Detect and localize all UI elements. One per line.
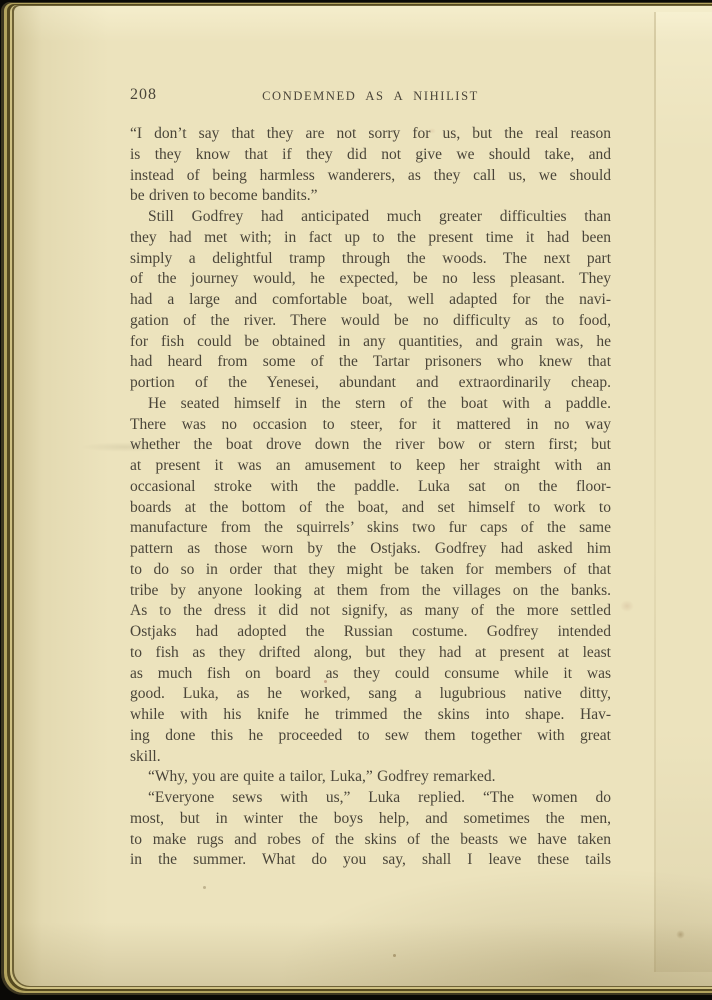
text-line: be driven to become bandits.” bbox=[130, 186, 611, 207]
text-line: to make rugs and robes of the skins of t… bbox=[130, 830, 611, 851]
foxing-spot bbox=[620, 600, 634, 612]
text-line: “I don’t say that they are not sorry for… bbox=[130, 124, 611, 145]
page-content: 208 CONDEMNED AS A NIHILIST “I don’t say… bbox=[130, 86, 611, 871]
text-line: pattern as those worn by the Ostjaks. Go… bbox=[130, 539, 611, 560]
text-line: as much fish on board as they could cons… bbox=[130, 664, 611, 685]
text-line: Still Godfrey had anticipated much great… bbox=[130, 207, 611, 228]
text-line: of the journey would, he expected, be no… bbox=[130, 269, 611, 290]
body-text: “I don’t say that they are not sorry for… bbox=[130, 124, 611, 871]
text-line: is they know that if they did not give w… bbox=[130, 145, 611, 166]
text-line: There was no occasion to steer, for it m… bbox=[130, 415, 611, 436]
paragraph: “Everyone sews with us,” Luka replied. “… bbox=[130, 788, 611, 871]
text-line: they had met with; in fact up to the pre… bbox=[130, 228, 611, 249]
text-line: “Everyone sews with us,” Luka replied. “… bbox=[130, 788, 611, 809]
text-line: As to the dress it did not signify, as m… bbox=[130, 601, 611, 622]
text-line: good. Luka, as he worked, sang a lugubri… bbox=[130, 684, 611, 705]
page-shading bbox=[656, 12, 712, 972]
text-line: had a large and comfortable boat, well a… bbox=[130, 290, 611, 311]
text-line: skill. bbox=[130, 747, 611, 768]
text-line: portion of the Yenesei, abundant and ext… bbox=[130, 373, 611, 394]
text-line: at present it was an amusement to keep h… bbox=[130, 456, 611, 477]
screenshot-root: { "colors": { "background": "#0a0906", "… bbox=[0, 0, 712, 1000]
text-line: while with his knife he trimmed the skin… bbox=[130, 705, 611, 726]
paragraph: “I don’t say that they are not sorry for… bbox=[130, 124, 611, 207]
text-line: manufacture from the squirrels’ skins tw… bbox=[130, 518, 611, 539]
text-line: for fish could be obtained in any quanti… bbox=[130, 332, 611, 353]
text-line: occasional stroke with the paddle. Luka … bbox=[130, 477, 611, 498]
text-line: instead of being harmless wanderers, as … bbox=[130, 166, 611, 187]
text-line: to do so in order that they might be tak… bbox=[130, 560, 611, 581]
foxing-spot bbox=[393, 954, 396, 957]
text-line: in the summer. What do you say, shall I … bbox=[130, 850, 611, 871]
paragraph: Still Godfrey had anticipated much great… bbox=[130, 207, 611, 394]
foxing-spot bbox=[203, 886, 206, 889]
text-line: “Why, you are quite a tailor, Luka,” God… bbox=[130, 767, 611, 788]
foxing-spot bbox=[676, 930, 685, 939]
page-header: 208 CONDEMNED AS A NIHILIST bbox=[130, 86, 611, 104]
text-line: boards at the bottom of the boat, and se… bbox=[130, 498, 611, 519]
running-title: CONDEMNED AS A NIHILIST bbox=[130, 86, 611, 104]
fore-edge-crease bbox=[654, 12, 656, 972]
text-line: to fish as they drifted along, but they … bbox=[130, 643, 611, 664]
paragraph: He seated himself in the stern of the bo… bbox=[130, 394, 611, 768]
text-line: He seated himself in the stern of the bo… bbox=[130, 394, 611, 415]
text-line: tribe by anyone looking at them from the… bbox=[130, 581, 611, 602]
page-number: 208 bbox=[130, 86, 157, 104]
text-line: most, but in winter the boys help, and s… bbox=[130, 809, 611, 830]
book-scan: 208 CONDEMNED AS A NIHILIST “I don’t say… bbox=[0, 0, 712, 1000]
paragraph: “Why, you are quite a tailor, Luka,” God… bbox=[130, 767, 611, 788]
text-line: ing done this he proceeded to sew them t… bbox=[130, 726, 611, 747]
text-line: had heard from some of the Tartar prison… bbox=[130, 352, 611, 373]
text-line: Ostjaks had adopted the Russian costume.… bbox=[130, 622, 611, 643]
text-line: simply a delightful tramp through the wo… bbox=[130, 249, 611, 270]
text-line: gation of the river. There would be no d… bbox=[130, 311, 611, 332]
text-line: whether the boat drove down the river bo… bbox=[130, 435, 611, 456]
